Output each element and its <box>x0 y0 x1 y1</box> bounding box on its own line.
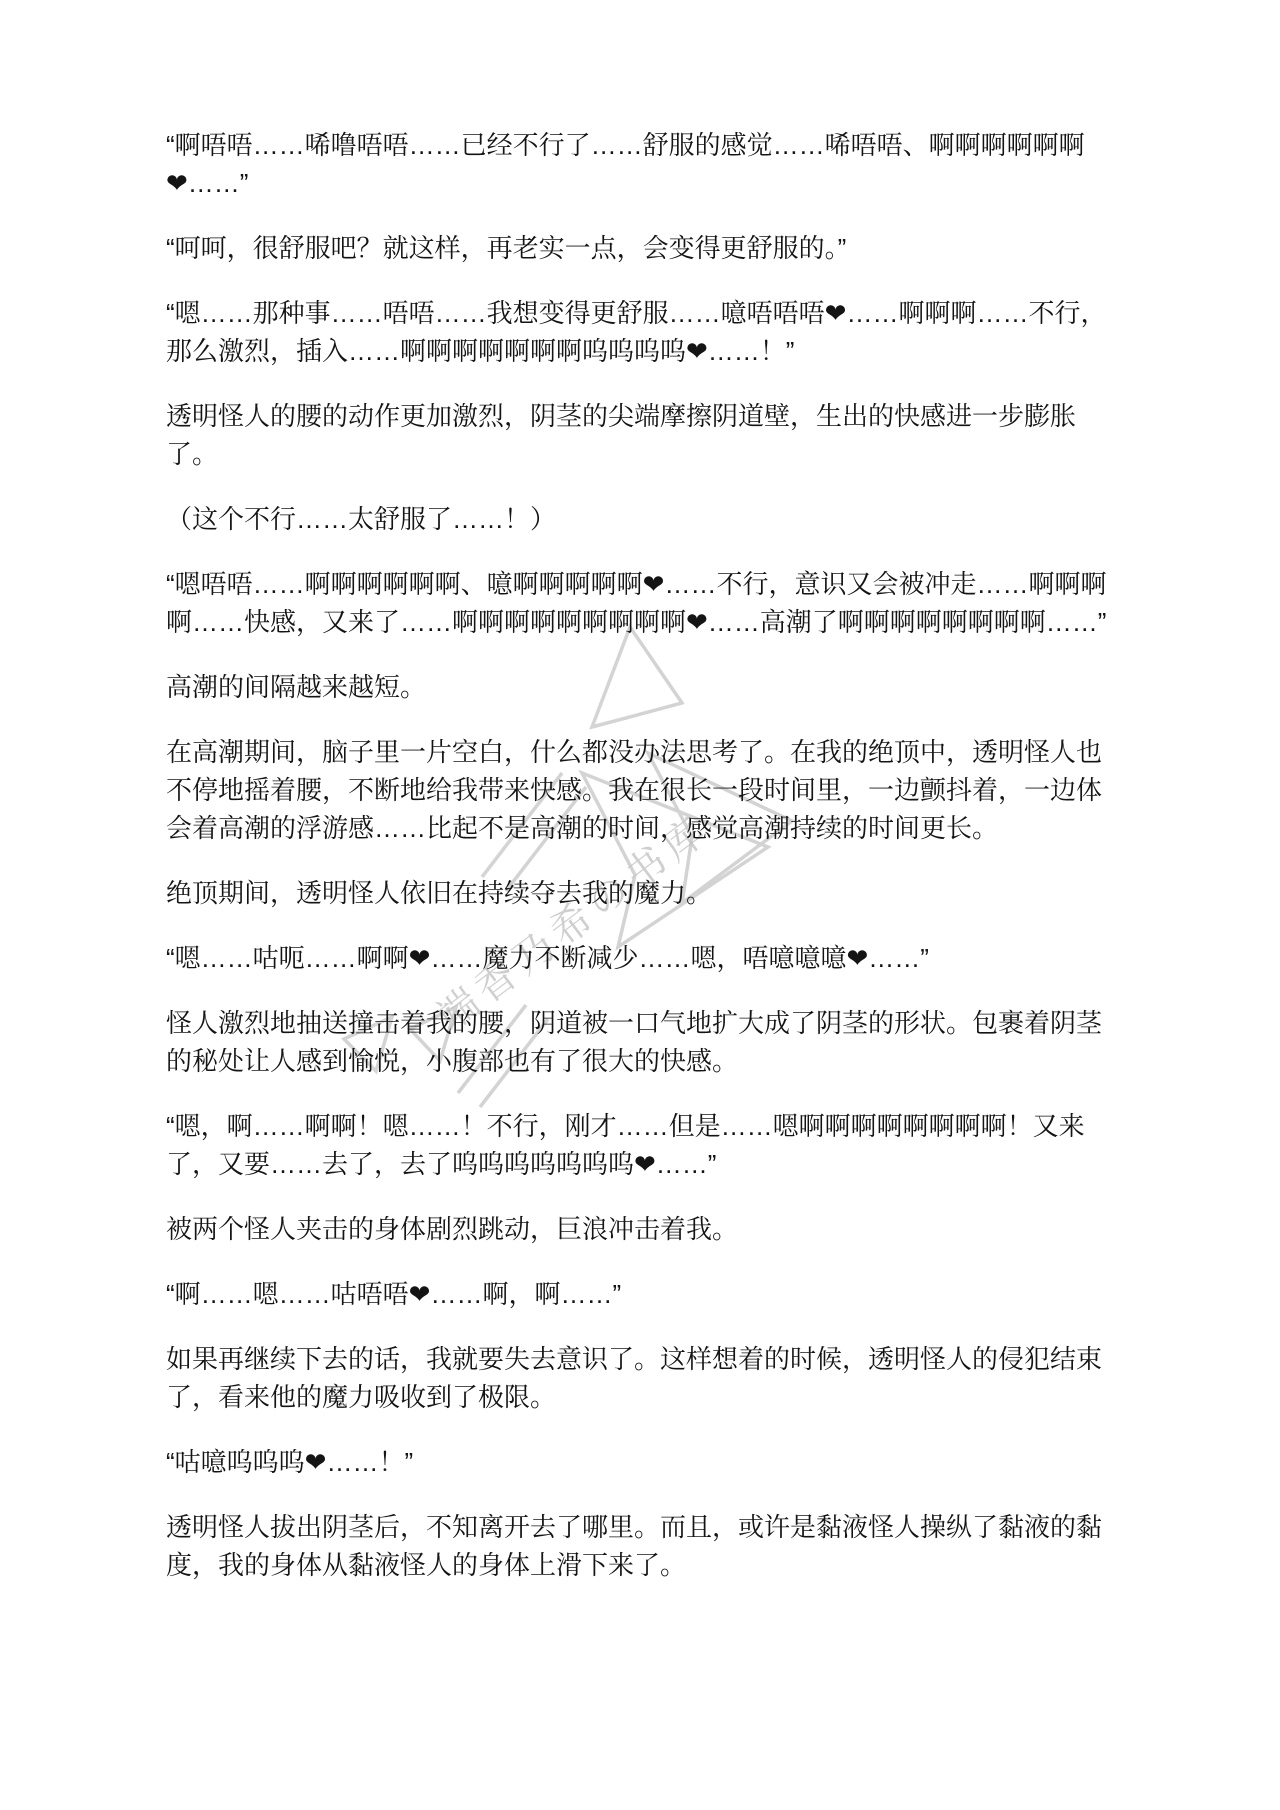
paragraph-narrative: 绝顶期间，透明怪人依旧在持续夺去我的魔力。 <box>166 874 1114 912</box>
document-page: 端香乃希の书库 “啊唔唔……唏噜唔唔……已经不行了……舒服的感觉……唏唔唔、啊啊… <box>0 0 1280 1810</box>
paragraph-dialogue: “嗯……那种事……唔唔……我想变得更舒服……噫唔唔唔❤……啊啊啊……不行，那么激… <box>166 294 1114 370</box>
paragraph-narrative: 被两个怪人夹击的身体剧烈跳动，巨浪冲击着我。 <box>166 1210 1114 1248</box>
paragraph-narrative: 在高潮期间，脑子里一片空白，什么都没办法思考了。在我的绝顶中，透明怪人也不停地摇… <box>166 733 1114 847</box>
paragraph-narrative: 高潮的间隔越来越短。 <box>166 668 1114 706</box>
paragraph-dialogue: “嗯，啊……啊啊！嗯……！不行，刚才……但是……嗯啊啊啊啊啊啊啊啊！又来了，又要… <box>166 1107 1114 1183</box>
paragraph-dialogue: “嗯唔唔……啊啊啊啊啊啊、噫啊啊啊啊啊❤……不行，意识又会被冲走……啊啊啊啊……… <box>166 565 1114 641</box>
paragraph-dialogue: “啊唔唔……唏噜唔唔……已经不行了……舒服的感觉……唏唔唔、啊啊啊啊啊啊❤……” <box>166 126 1114 202</box>
paragraph-thought: （这个不行……太舒服了……！） <box>166 500 1114 538</box>
paragraph-narrative: 透明怪人拔出阴茎后，不知离开去了哪里。而且，或许是黏液怪人操纵了黏液的黏度，我的… <box>166 1508 1114 1584</box>
paragraph-narrative: 透明怪人的腰的动作更加激烈，阴茎的尖端摩擦阴道壁，生出的快感进一步膨胀了。 <box>166 397 1114 473</box>
paragraph-dialogue: “呵呵，很舒服吧？就这样，再老实一点，会变得更舒服的。” <box>166 229 1114 267</box>
text-content: “啊唔唔……唏噜唔唔……已经不行了……舒服的感觉……唏唔唔、啊啊啊啊啊啊❤……”… <box>166 126 1114 1611</box>
paragraph-narrative: 如果再继续下去的话，我就要失去意识了。这样想着的时候，透明怪人的侵犯结束了，看来… <box>166 1340 1114 1416</box>
paragraph-dialogue: “咕噫呜呜呜❤……！” <box>166 1443 1114 1481</box>
paragraph-dialogue: “啊……嗯……咕唔唔❤……啊，啊……” <box>166 1275 1114 1313</box>
paragraph-dialogue: “嗯……咕呃……啊啊❤……魔力不断减少……嗯，唔噫噫噫❤……” <box>166 939 1114 977</box>
paragraph-narrative: 怪人激烈地抽送撞击着我的腰，阴道被一口气地扩大成了阴茎的形状。包裹着阴茎的秘处让… <box>166 1004 1114 1080</box>
